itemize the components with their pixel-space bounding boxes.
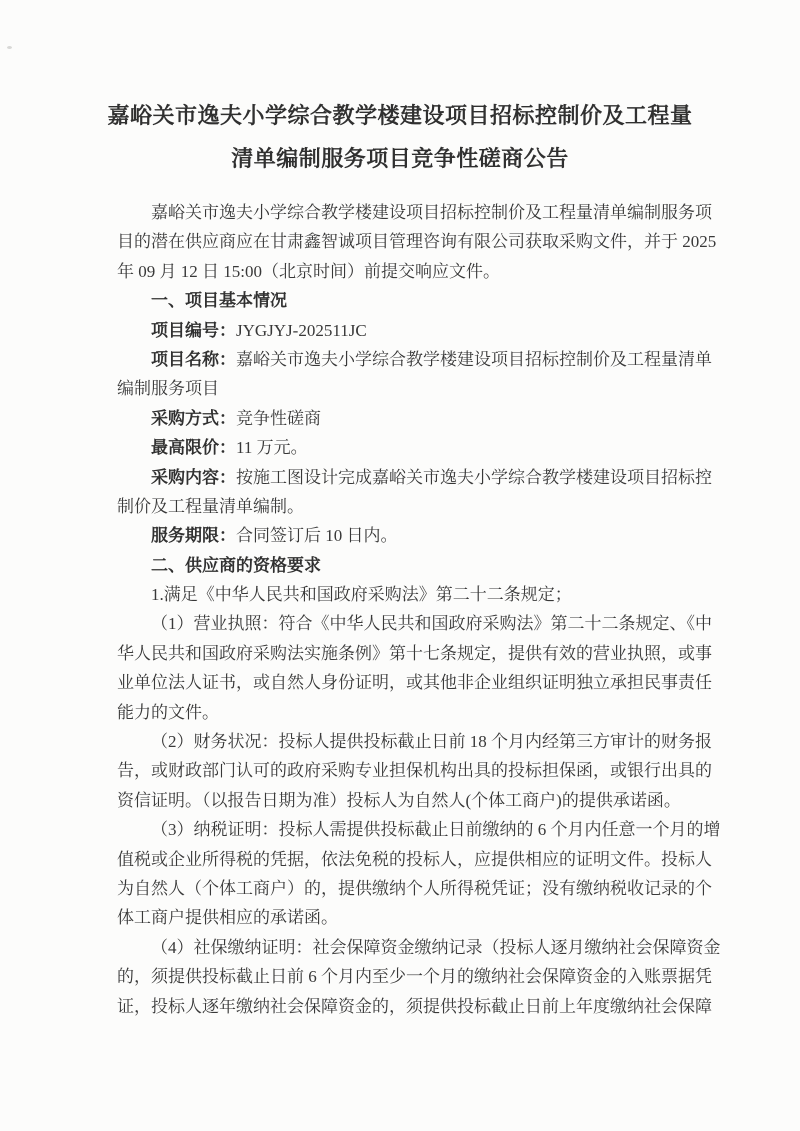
- document-body: 嘉峪关市逸夫小学综合教学楼建设项目招标控制价及工程量清单编制服务项 目的潜在供应…: [117, 198, 717, 1021]
- scan-artifact: [7, 46, 12, 49]
- requirement-1-2-line-3: 资信证明。（以报告日期为准）投标人为自然人(个体工商户)的提供承诺函。: [117, 786, 717, 815]
- requirement-1-3-line-3: 为自然人（个体工商户）的，提供缴纳个人所得税凭证；没有缴纳税收记录的个: [117, 874, 717, 903]
- document-page: 嘉峪关市逸夫小学综合教学楼建设项目招标控制价及工程量 清单编制服务项目竞争性磋商…: [0, 0, 800, 1131]
- intro-line-2: 目的潜在供应商应在甘肃鑫智诚项目管理咨询有限公司获取采购文件，并于 2025: [117, 227, 717, 256]
- document-title-line-2: 清单编制服务项目竞争性磋商公告: [0, 137, 800, 180]
- field-procurement-content: 采购内容：按施工图设计完成嘉峪关市逸夫小学综合教学楼建设项目招标控: [117, 463, 717, 492]
- requirement-1-3-line-2: 值税或企业所得税的凭据，依法免税的投标人，应提供相应的证明文件。投标人: [117, 845, 717, 874]
- requirement-1-3-line-4: 体工商户提供相应的承诺函。: [117, 903, 717, 932]
- field-procurement-content-continued: 制价及工程量清单编制。: [117, 492, 717, 521]
- field-project-number: 项目编号：JYGJYJ-202511JC: [117, 316, 717, 345]
- section-1-heading: 一、项目基本情况: [117, 286, 717, 315]
- requirement-1-2-line-1: （2）财务状况：投标人提供投标截止日前 18 个月内经第三方审计的财务报: [117, 727, 717, 756]
- intro-line-1: 嘉峪关市逸夫小学综合教学楼建设项目招标控制价及工程量清单编制服务项: [117, 198, 717, 227]
- field-project-name: 项目名称：嘉峪关市逸夫小学综合教学楼建设项目招标控制价及工程量清单: [117, 345, 717, 374]
- intro-line-3: 年 09 月 12 日 15:00（北京时间）前提交响应文件。: [117, 257, 717, 286]
- document-title: 嘉峪关市逸夫小学综合教学楼建设项目招标控制价及工程量 清单编制服务项目竞争性磋商…: [0, 94, 800, 180]
- field-procurement-method: 采购方式：竞争性磋商: [117, 404, 717, 433]
- requirement-1-1-line-2: 华人民共和国政府采购法实施条例》第十七条规定，提供有效的营业执照，或事: [117, 639, 717, 668]
- requirement-1-4-line-2: 的，须提供投标截止日前 6 个月内至少一个月的缴纳社会保障资金的入账票据凭: [117, 962, 717, 991]
- requirement-1-4-line-1: （4）社保缴纳证明：社会保障资金缴纳记录（投标人逐月缴纳社会保障资金: [117, 933, 717, 962]
- requirement-1-4-line-3: 证，投标人逐年缴纳社会保障资金的，须提供投标截止日前上年度缴纳社会保障: [117, 992, 717, 1021]
- requirement-1-1-line-4: 能力的文件。: [117, 698, 717, 727]
- requirement-1-2-line-2: 告，或财政部门认可的政府采购专业担保机构出具的投标担保函，或银行出具的: [117, 756, 717, 785]
- field-price-limit: 最高限价：11 万元。: [117, 433, 717, 462]
- requirement-1: 1.满足《中华人民共和国政府采购法》第二十二条规定；: [117, 580, 717, 609]
- requirement-1-3-line-1: （3）纳税证明：投标人需提供投标截止日前缴纳的 6 个月内任意一个月的增: [117, 815, 717, 844]
- section-2-heading: 二、供应商的资格要求: [117, 551, 717, 580]
- requirement-1-1-line-3: 业单位法人证书，或自然人身份证明，或其他非企业组织证明独立承担民事责任: [117, 668, 717, 697]
- document-title-line-1: 嘉峪关市逸夫小学综合教学楼建设项目招标控制价及工程量: [0, 94, 800, 137]
- field-service-period: 服务期限：合同签订后 10 日内。: [117, 521, 717, 550]
- field-project-name-continued: 编制服务项目: [117, 374, 717, 403]
- requirement-1-1-line-1: （1）营业执照：符合《中华人民共和国政府采购法》第二十二条规定、《中: [117, 609, 717, 638]
